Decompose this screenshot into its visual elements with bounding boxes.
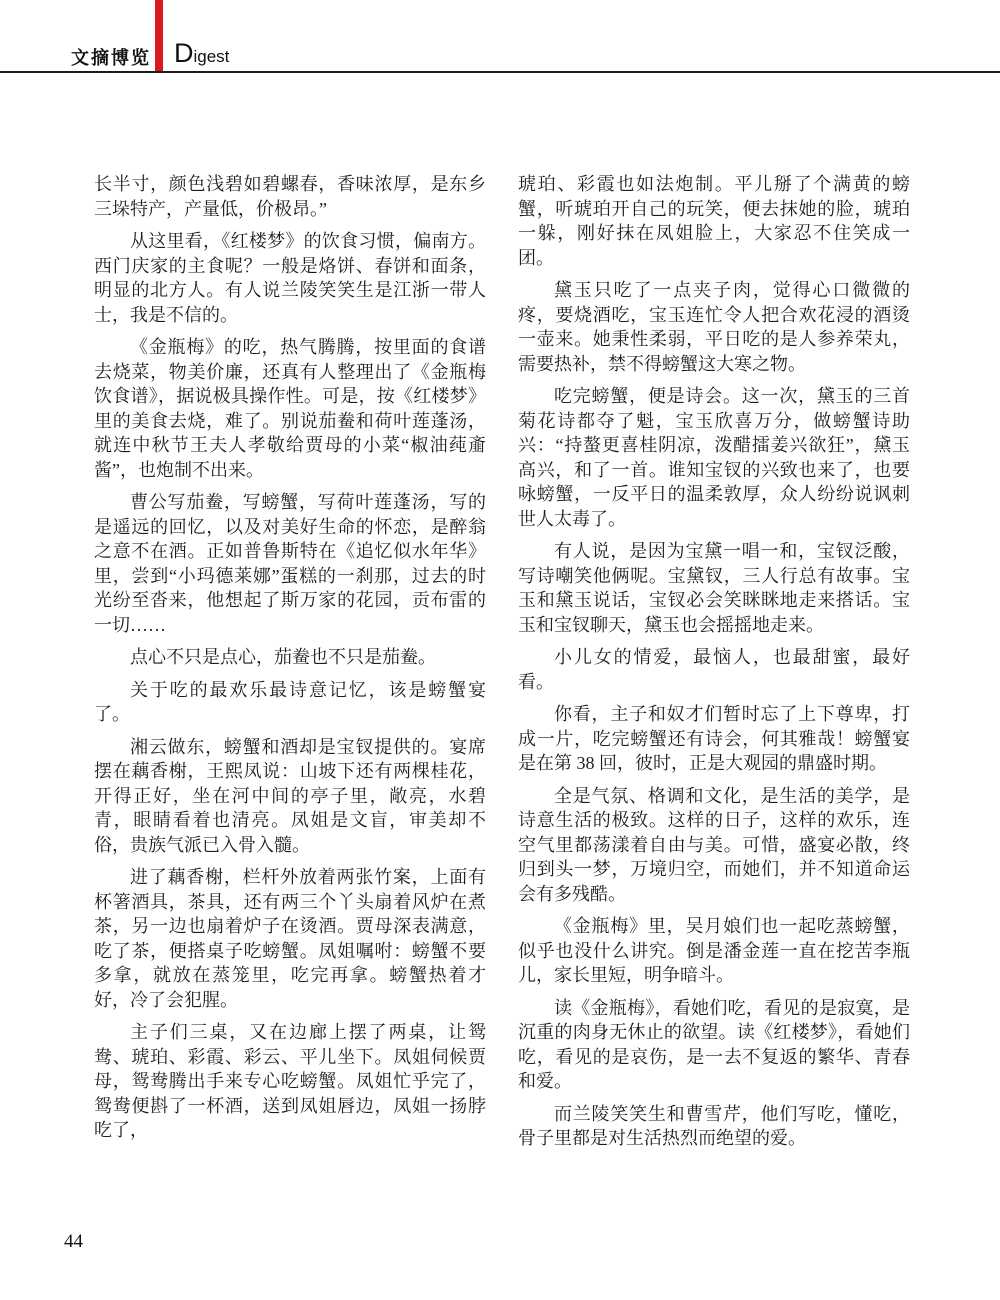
paragraph: 《金瓶梅》的吃，热气腾腾，按里面的食谱去烧菜，物美价廉，还真有人整理出了《金瓶梅…	[94, 335, 486, 482]
magazine-page: 文摘博览 Digest 长半寸，颜色浅碧如碧螺春，香味浓厚，是东乡三垛特产，产量…	[0, 0, 1000, 1300]
paragraph: 曹公写茄鲞，写螃蟹，写荷叶莲蓬汤，写的是遥远的回忆，以及对美好生命的怀恋，是醉翁…	[94, 490, 486, 637]
paragraph: 读《金瓶梅》，看她们吃，看见的是寂寞，是沉重的肉身无休止的欲望。读《红楼梦》，看…	[518, 996, 910, 1094]
paragraph: 小儿女的情爱，最恼人，也最甜蜜，最好看。	[518, 645, 910, 694]
paragraph: 琥珀、彩霞也如法炮制。平儿掰了个满黄的螃蟹，听琥珀开自己的玩笑，便去抹她的脸，琥…	[518, 172, 910, 270]
paragraph: 《金瓶梅》里，吴月娘们也一起吃蒸螃蟹，似乎也没什么讲究。倒是潘金莲一直在挖苦李瓶…	[518, 914, 910, 988]
paragraph: 你看，主子和奴才们暂时忘了上下尊卑，打成一片，吃完螃蟹还有诗会，何其雅哉！螃蟹宴…	[518, 702, 910, 776]
paragraph: 黛玉只吃了一点夹子肉，觉得心口微微的疼，要烧酒吃，宝玉连忙令人把合欢花浸的酒烫一…	[518, 278, 910, 376]
paragraph: 主子们三桌，又在边廊上摆了两桌，让鸳鸯、琥珀、彩霞、彩云、平儿坐下。凤姐伺候贾母…	[94, 1020, 486, 1143]
section-title-cn: 文摘博览	[71, 44, 151, 70]
paragraph: 关于吃的最欢乐最诗意记忆，该是螃蟹宴了。	[94, 678, 486, 727]
paragraph: 从这里看，《红楼梦》的饮食习惯，偏南方。西门庆家的主食呢？一般是烙饼、春饼和面条…	[94, 229, 486, 327]
header-rule	[0, 71, 1000, 73]
paragraph: 点心不只是点心，茄鲞也不只是茄鲞。	[94, 645, 486, 670]
paragraph: 长半寸，颜色浅碧如碧螺春，香味浓厚，是东乡三垛特产，产量低，价极昂。”	[94, 172, 486, 221]
paragraph: 进了藕香榭，栏杆外放着两张竹案，上面有杯箸酒具，茶具，还有两三个丫头扇着风炉在煮…	[94, 865, 486, 1012]
paragraph: 吃完螃蟹，便是诗会。这一次，黛玉的三首菊花诗都夺了魁，宝玉欣喜万分，做螃蟹诗助兴…	[518, 384, 910, 531]
paragraph: 全是气氛、格调和文化，是生活的美学，是诗意生活的极致。这样的日子，这样的欢乐，连…	[518, 784, 910, 907]
paragraph: 湘云做东，螃蟹和酒却是宝钗提供的。宴席摆在藕香榭，王熙凤说：山坡下还有两棵桂花，…	[94, 735, 486, 858]
accent-bar	[155, 0, 163, 72]
paragraph: 而兰陵笑笑生和曹雪芹，他们写吃，懂吃，骨子里都是对生活热烈而绝望的爱。	[518, 1102, 910, 1151]
paragraph: 有人说，是因为宝黛一唱一和，宝钗泛酸，写诗嘲笑他俩呢。宝黛钗，三人行总有故事。宝…	[518, 539, 910, 637]
article-column-left: 长半寸，颜色浅碧如碧螺春，香味浓厚，是东乡三垛特产，产量低，价极昂。” 从这里看…	[94, 172, 486, 1151]
digest-rest: igest	[194, 47, 230, 66]
page-number: 44	[64, 1231, 83, 1253]
section-title-en: Digest	[174, 38, 229, 68]
digest-initial: D	[174, 38, 194, 68]
article-column-right: 琥珀、彩霞也如法炮制。平儿掰了个满黄的螃蟹，听琥珀开自己的玩笑，便去抹她的脸，琥…	[518, 172, 910, 1159]
